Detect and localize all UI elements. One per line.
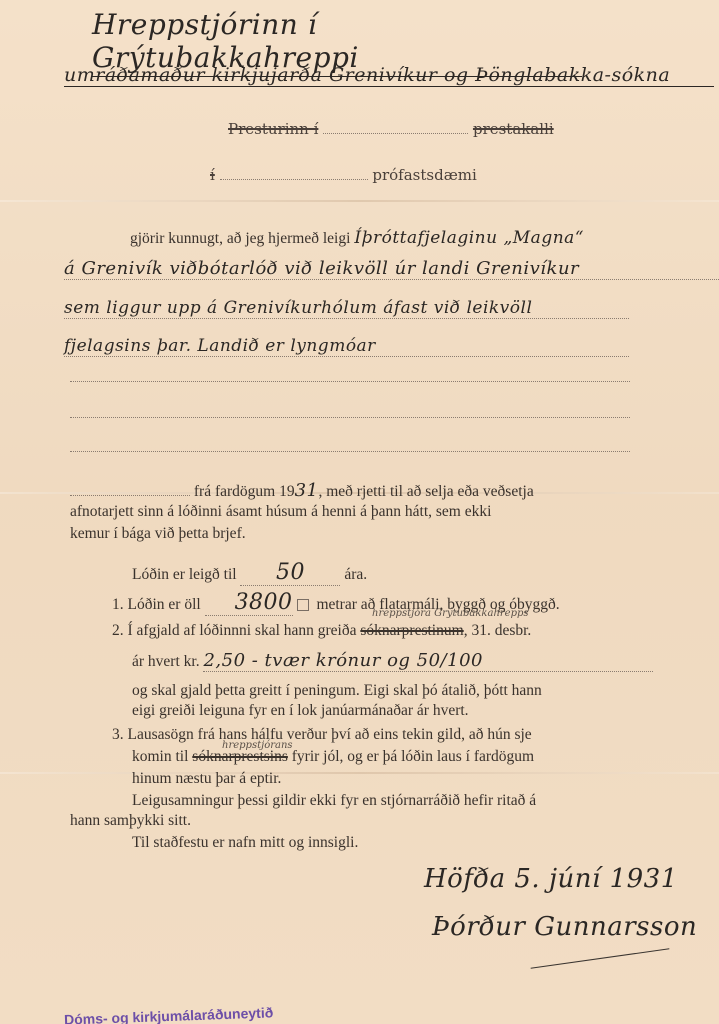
struck-text: Presturinn í bbox=[228, 120, 318, 138]
blank-field bbox=[323, 133, 468, 134]
blank-field bbox=[70, 495, 190, 496]
paper-fold bbox=[0, 200, 719, 202]
signature-name: Þórður Gunnarsson bbox=[432, 912, 697, 942]
struck-text: í bbox=[210, 166, 215, 184]
from-suffix: , með rjetti til að selja eða veðsetja bbox=[319, 483, 534, 500]
item2-line-3: og skal gjald þetta greitt í peningum. E… bbox=[132, 682, 542, 700]
item3-prefix: komin til bbox=[132, 748, 188, 765]
struck-priest-line: Presturinn í prestakalli bbox=[228, 120, 628, 138]
amount-value: 2,50 - tvær krónur og 50/100 bbox=[203, 650, 653, 672]
item-2: 2. Í afgjald af lóðinnni skal hann greið… bbox=[112, 622, 531, 640]
intro-line-2: á Grenivík viðbótarlóð við leikvöll úr l… bbox=[64, 258, 719, 280]
item3-struck: sóknarprestsins bbox=[192, 748, 288, 765]
lease-duration-line: Lóðin er leigð til 50 ára. bbox=[132, 560, 367, 586]
blank-line bbox=[70, 380, 630, 382]
lease-prefix: Lóðin er leigð til bbox=[132, 566, 237, 583]
struck-deanery-line: í prófastsdæmi bbox=[210, 166, 610, 184]
item2-insert: hreppstjóra Grýtubakkahrepps bbox=[372, 608, 529, 619]
signature-flourish bbox=[531, 948, 670, 968]
item2-struck: sóknarprestinum bbox=[360, 622, 463, 639]
item1-prefix: 1. Lóðin er öll bbox=[112, 596, 201, 613]
terms-line-2: afnotarjett sinn á lóðinni ásamt húsum á… bbox=[70, 503, 491, 521]
confirm-line: Til staðfestu er nafn mitt og innsigli. bbox=[132, 834, 358, 852]
intro-printed: gjörir kunnugt, að jeg hjermeð leigi bbox=[130, 230, 350, 247]
item2-prefix: 2. Í afgjald af lóðinnni skal hann greið… bbox=[112, 622, 356, 639]
lessee-name: Íþróttafjelaginu „Magna“ bbox=[354, 228, 584, 248]
blank-line bbox=[70, 416, 630, 418]
item3-line-3: hinum næstu þar á eptir. bbox=[132, 770, 281, 788]
item2-suffix: 31. desbr. bbox=[471, 622, 531, 639]
deanery-label: prófastsdæmi bbox=[372, 166, 476, 184]
item3-suffix: fyrir jól, og er þá lóðin laus í fardögu… bbox=[292, 748, 534, 765]
struck-text: prestakalli bbox=[473, 120, 554, 138]
item2-line-4: eigi greiði leiguna fyr en í lok janúarm… bbox=[132, 702, 469, 720]
terms-line-3: kemur í bága við þetta brjef. bbox=[70, 525, 246, 543]
terms-line-1: frá fardögum 1931, með rjetti til að sel… bbox=[70, 480, 710, 501]
year-hand: 31 bbox=[295, 480, 319, 501]
lease-years: 50 bbox=[240, 560, 340, 586]
item2-amount-line: ár hvert kr. 2,50 - tvær krónur og 50/10… bbox=[132, 650, 653, 672]
area-value: 3800 bbox=[205, 590, 293, 616]
blank-line bbox=[70, 450, 630, 452]
intro-line-4: fjelagsins þar. Landið er lyngmóar bbox=[64, 336, 629, 357]
intro-line-1: gjörir kunnugt, að jeg hjermeð leigi Íþr… bbox=[130, 228, 719, 248]
lease-suffix: ára. bbox=[344, 566, 367, 583]
square-symbol bbox=[297, 599, 309, 611]
place-date: Höfða 5. júní 1931 bbox=[424, 864, 678, 894]
paper-fold bbox=[0, 772, 719, 774]
ministry-stamp: Dóms- og kirkjumálaráðuneytið bbox=[64, 1004, 274, 1024]
header-line-2: umráðamaður kirkjujarða Grenivíkur og Þö… bbox=[64, 64, 714, 87]
item3-line-2: komin til sóknarprestsins fyrir jól, og … bbox=[132, 748, 534, 766]
item3-line-1: 3. Lausasögn frá hans hálfu verður því a… bbox=[112, 726, 532, 744]
blank-field bbox=[220, 179, 368, 180]
approval-line-2: hann samþykki sitt. bbox=[70, 812, 191, 830]
from-prefix: frá fardögum 19 bbox=[194, 483, 295, 500]
approval-line-1: Leigusamningur þessi gildir ekki fyr en … bbox=[132, 792, 536, 810]
intro-line-3: sem liggur upp á Grenivíkurhólum áfast v… bbox=[64, 298, 629, 319]
amount-prefix: ár hvert kr. bbox=[132, 653, 200, 670]
